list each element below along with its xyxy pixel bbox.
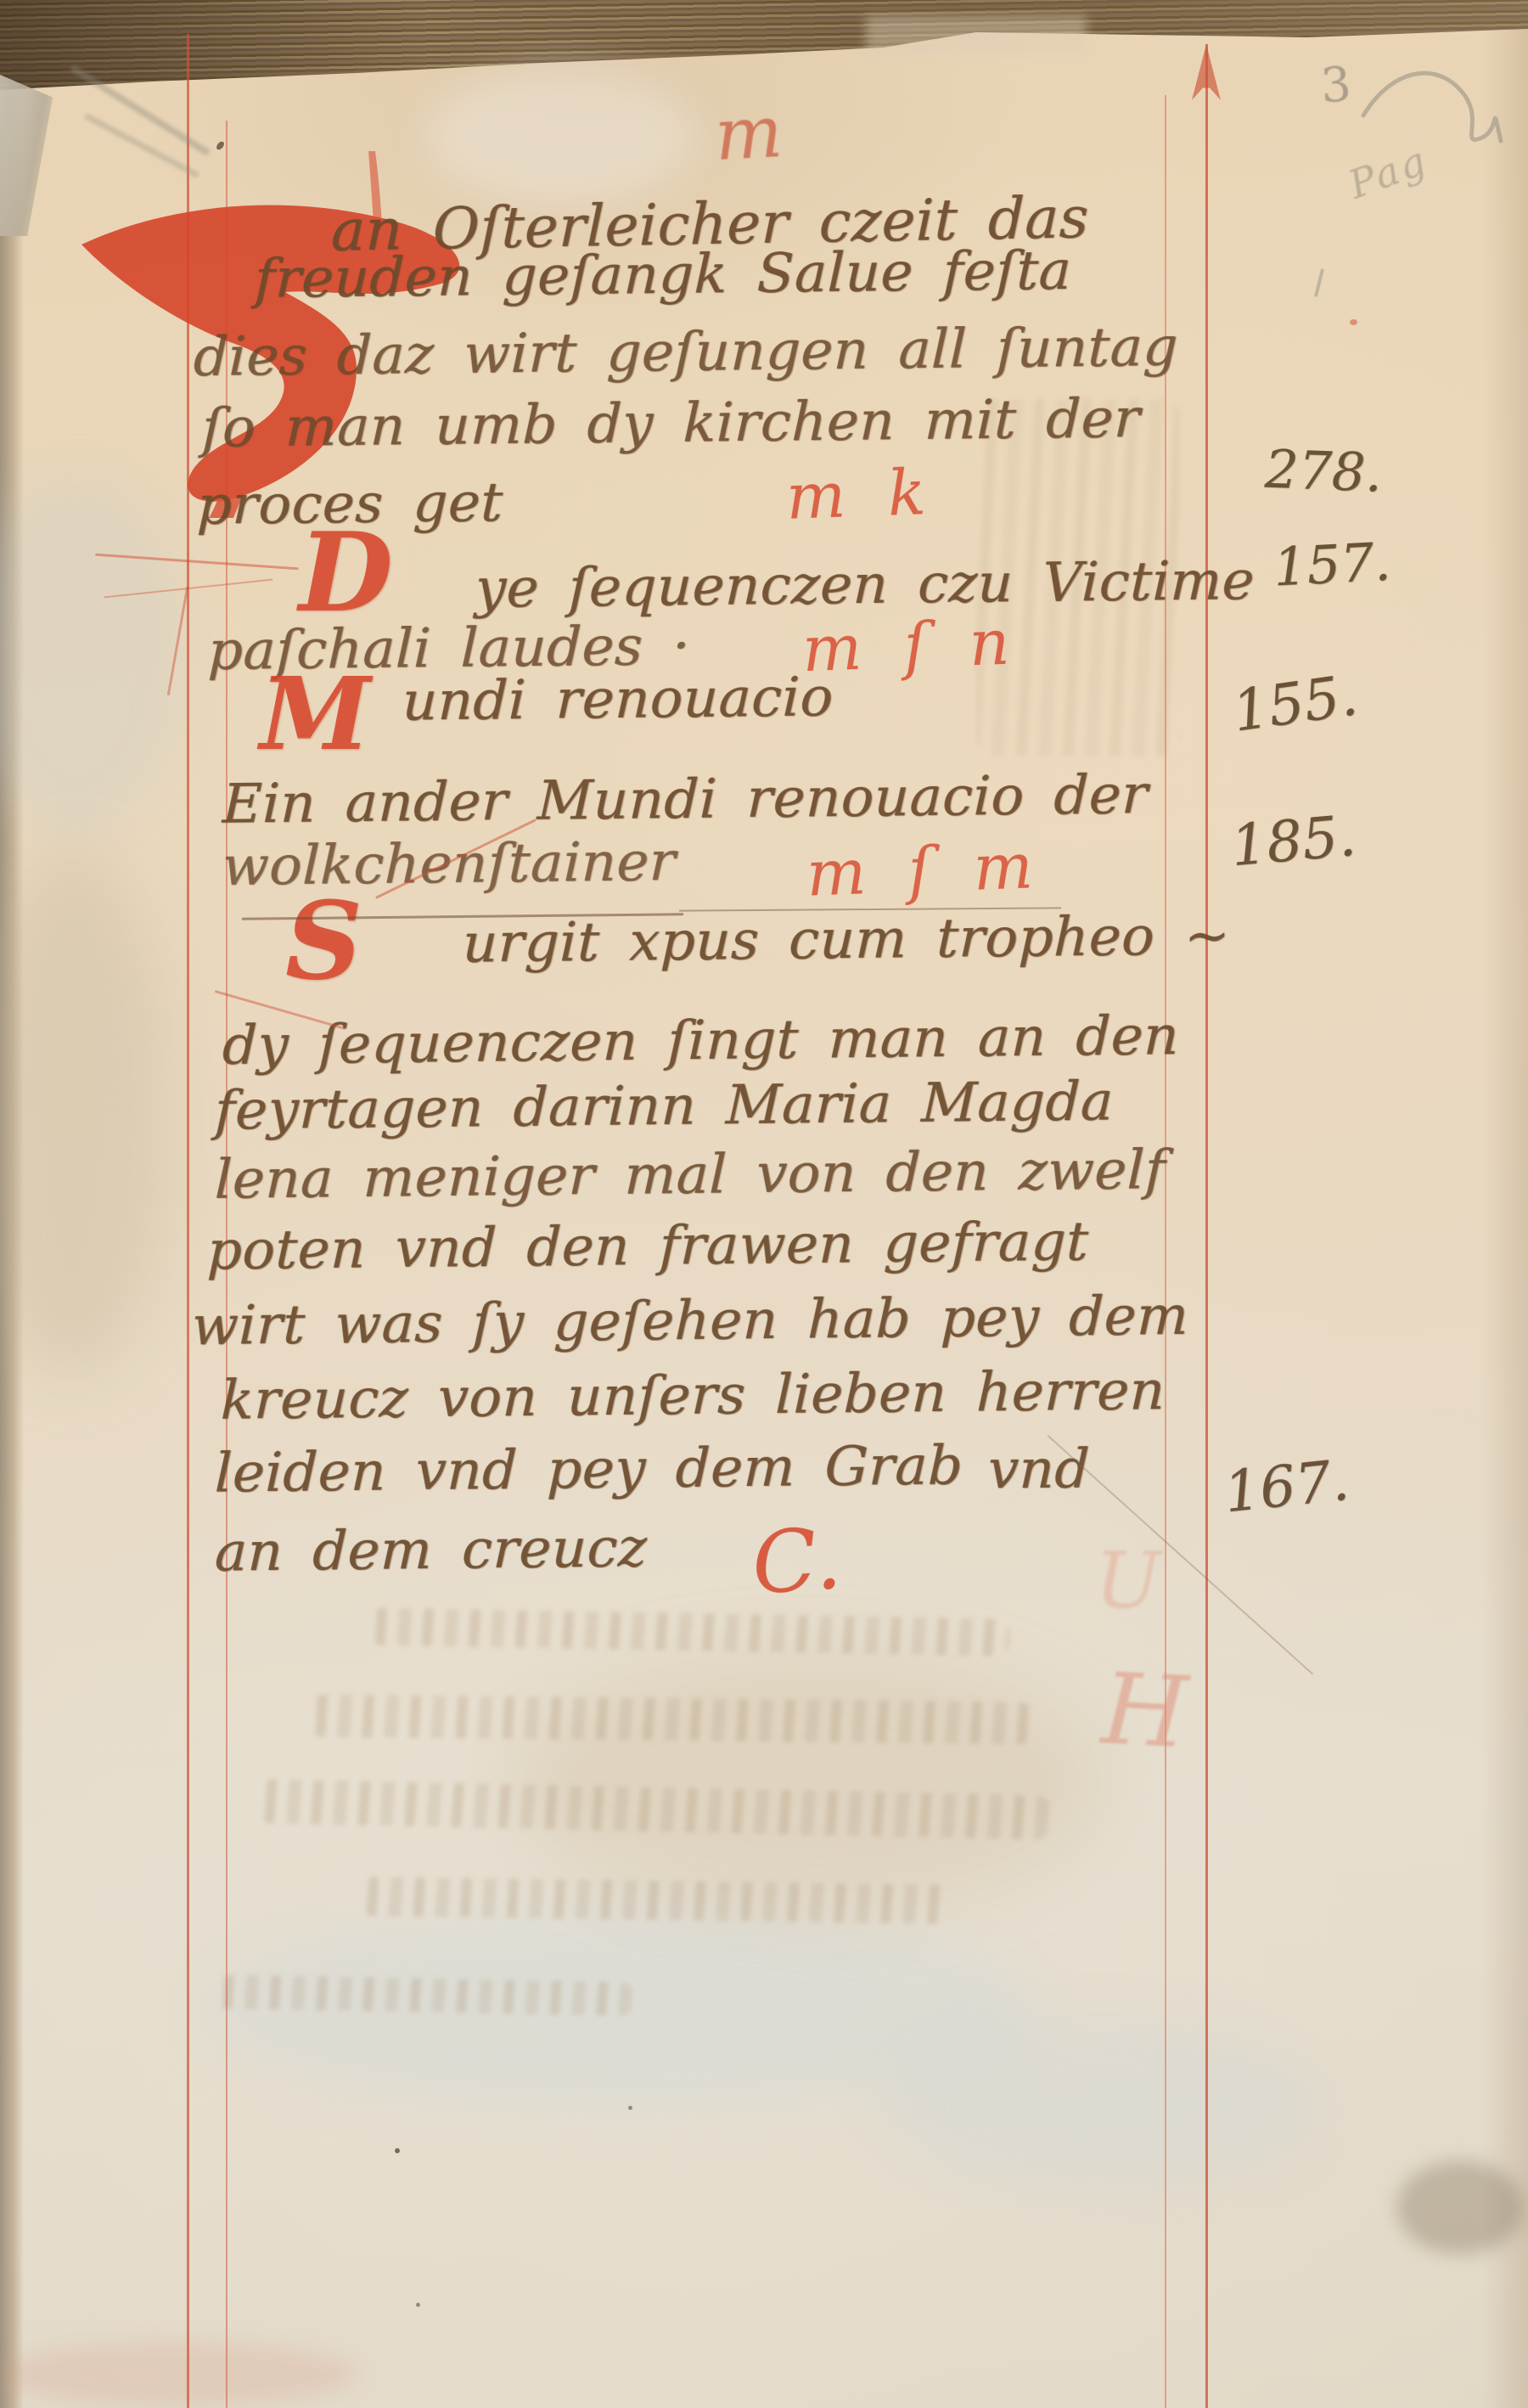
margin-number: 167. [1221, 1448, 1351, 1526]
pencil-folio-number: 3 [1319, 57, 1353, 114]
ruling-line-right-outer [1205, 44, 1208, 2408]
faded-red-letter-u: U [1095, 1535, 1161, 1626]
underpage-corner [0, 75, 53, 236]
stain [883, 2021, 1324, 2191]
ruling-line-right-inner [1165, 95, 1166, 2408]
manuscript-line: feyrtagen darinn Maria Magda [214, 1074, 1114, 1138]
decorated-initial-s: S [285, 893, 362, 989]
pencil-tick [1314, 268, 1324, 297]
red-letter-c: C. [749, 1508, 845, 1613]
stain-smudge [1396, 2161, 1524, 2254]
stain [0, 849, 170, 1376]
margin-number: 278. [1264, 438, 1384, 504]
manuscript-scan: 3 Pag m an Oſterleicher czeit das freude… [0, 0, 1528, 2408]
manuscript-line: leiden vnd pey dem Grab [214, 1438, 963, 1500]
manuscript-line-suffix: vnd [987, 1442, 1090, 1497]
manuscript-line: dies daz wirt geſungen all ſuntag [193, 320, 1178, 385]
manuscript-line: lena meniger mal von den zwelf [214, 1143, 1166, 1207]
manuscript-line: an dem creucz [214, 1521, 648, 1579]
stain [0, 2342, 357, 2406]
margin-number: 157. [1272, 530, 1392, 598]
manuscript-line: Ein ander Mundi renouacio der [222, 768, 1149, 831]
manuscript-line: urgit xpus cum tropheo ~ [462, 909, 1231, 971]
red-glyphs: m ſ n [801, 606, 1011, 686]
ink-speck [395, 2148, 400, 2153]
manuscript-line: undi renouacio [402, 670, 834, 729]
red-glyphs: m ſ m [806, 830, 1035, 910]
manuscript-line: wirt was ſy geſehen hab pey dem [191, 1289, 1189, 1353]
bleedthrough-ghost [357, 1876, 952, 1924]
decorated-initial-m: M [260, 669, 371, 759]
margin-number: 155. [1228, 662, 1361, 745]
manuscript-line: freuden geſangk Salue feſta [254, 244, 1072, 307]
bleedthrough-ghost [306, 1694, 1036, 1744]
margin-number: 185. [1228, 803, 1358, 880]
manuscript-line: ye ſequenczen czu Victime [475, 554, 1256, 616]
manuscript-line: dy ſequenczen ſingt man an den [222, 1009, 1179, 1073]
page-corner-highlight [866, 15, 1087, 54]
ink-speck [416, 2303, 420, 2307]
page-right-edge [1481, 0, 1528, 2408]
quire-mark: m [712, 90, 784, 177]
ink-speck [628, 2106, 632, 2110]
stain [509, 1656, 1104, 1910]
pencil-note: Pag [1343, 137, 1435, 207]
book-top-edge [0, 0, 1528, 95]
manuscript-line: kreucz von unſers lieben herren [220, 1364, 1166, 1428]
red-glyphs: m k [785, 456, 927, 534]
manuscript-line: poten vnd den frawen gefragt [206, 1215, 1089, 1279]
faded-red-letter-h: H [1099, 1651, 1191, 1770]
red-ink-dot [1350, 319, 1357, 325]
decorated-initial-d: D [299, 525, 393, 622]
manuscript-line: ſo man umb dy kirchen mit der [201, 391, 1141, 456]
stain [0, 475, 187, 832]
bleedthrough-ghost [365, 1607, 1011, 1656]
